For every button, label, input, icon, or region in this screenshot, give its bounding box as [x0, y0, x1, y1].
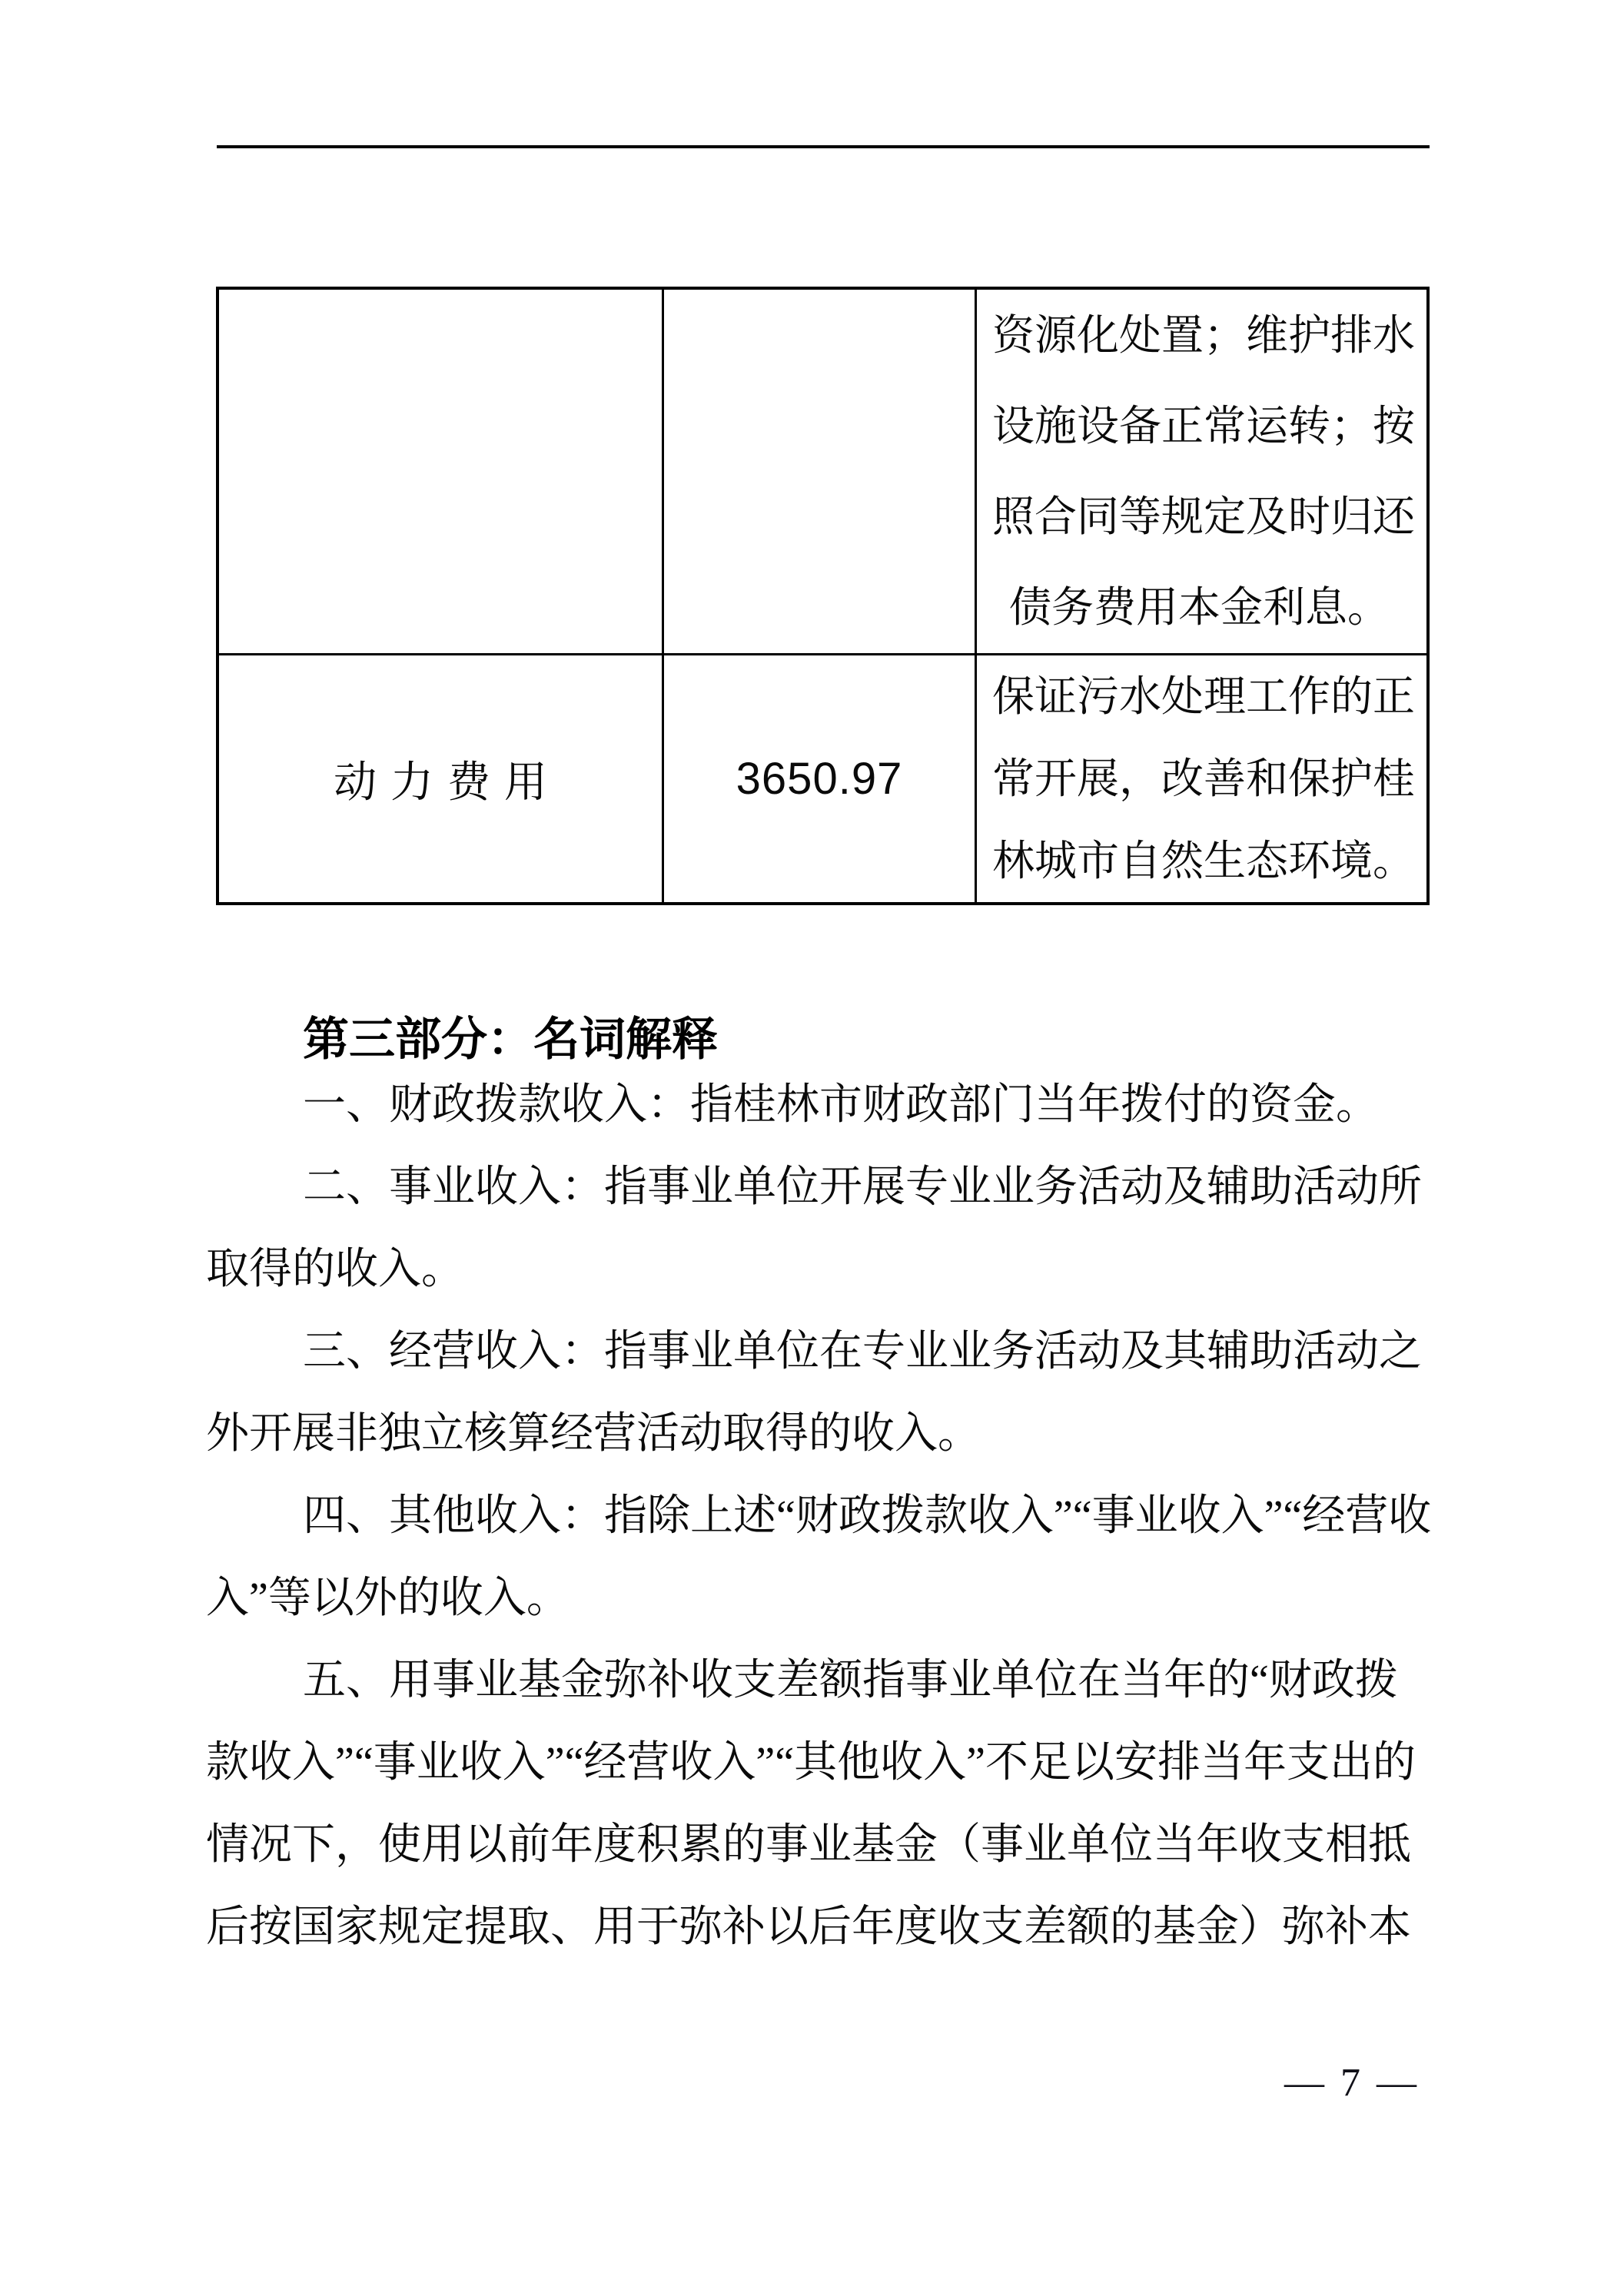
page-number: — 7 — — [1284, 2055, 1420, 2112]
glossary-line: 入”等以外的收入。 — [206, 1558, 1430, 1640]
expense-name: 动力费用 — [320, 748, 561, 810]
document-page: 资源化处置；维护排水 设施设备正常运转；按 照合同等规定及时归还 债务费用本金利… — [0, 0, 1624, 2296]
glossary-line: 款收入”“事业收入”“经营收入”“其他收入”不足以安排当年支出的 — [206, 1722, 1430, 1804]
glossary-line: 情况下，使用以前年度积累的事业基金（事业单位当年收支相抵 — [206, 1804, 1430, 1886]
table-row: 动力费用 3650.97 保证污水处理工作的正 常开展，改善和保护桂 林城市自然… — [219, 655, 1426, 902]
purpose-text-line: 常开展，改善和保护桂 — [992, 738, 1415, 820]
glossary-text: 一、财政拨款收入：指桂林市财政部门当年拨付的资金。 二、事业收入：指事业单位开展… — [206, 1064, 1430, 1969]
glossary-line: 后按国家规定提取、用于弥补以后年度收支差额的基金）弥补本 — [206, 1886, 1430, 1969]
purpose-text-line: 保证污水处理工作的正 — [992, 655, 1415, 738]
expense-table: 资源化处置；维护排水 设施设备正常运转；按 照合同等规定及时归还 债务费用本金利… — [216, 287, 1430, 905]
header-rule — [217, 145, 1430, 148]
glossary-line: 外开展非独立核算经营活动取得的收入。 — [206, 1393, 1430, 1475]
purpose-text-line: 债务费用本金利息。 — [992, 562, 1415, 653]
amount-cell: 3650.97 — [664, 655, 977, 902]
glossary-line: 二、事业收入：指事业单位开展专业业务活动及辅助活动所 — [206, 1146, 1430, 1229]
glossary-line: 取得的收入。 — [206, 1229, 1430, 1311]
glossary-line: 一、财政拨款收入：指桂林市财政部门当年拨付的资金。 — [206, 1064, 1430, 1146]
expense-name-cell: 动力费用 — [219, 655, 664, 902]
amount-cell — [664, 290, 977, 653]
purpose-text-line: 资源化处置；维护排水 — [992, 290, 1415, 381]
glossary-line: 三、经营收入：指事业单位在专业业务活动及其辅助活动之 — [206, 1311, 1430, 1393]
purpose-text-line: 照合同等规定及时归还 — [992, 472, 1415, 562]
table-row: 资源化处置；维护排水 设施设备正常运转；按 照合同等规定及时归还 债务费用本金利… — [219, 290, 1426, 655]
glossary-line: 五、用事业基金弥补收支差额指事业单位在当年的“财政拨 — [206, 1640, 1430, 1722]
glossary-line: 四、其他收入：指除上述“财政拨款收入”“事业收入”“经营收 — [206, 1475, 1430, 1558]
expense-name-cell — [219, 290, 664, 653]
purpose-text-line: 林城市自然生态环境。 — [992, 820, 1415, 902]
purpose-cell: 资源化处置；维护排水 设施设备正常运转；按 照合同等规定及时归还 债务费用本金利… — [977, 290, 1430, 653]
purpose-cell: 保证污水处理工作的正 常开展，改善和保护桂 林城市自然生态环境。 — [977, 655, 1430, 902]
expense-amount: 3650.97 — [736, 753, 903, 805]
purpose-text-line: 设施设备正常运转；按 — [992, 381, 1415, 472]
